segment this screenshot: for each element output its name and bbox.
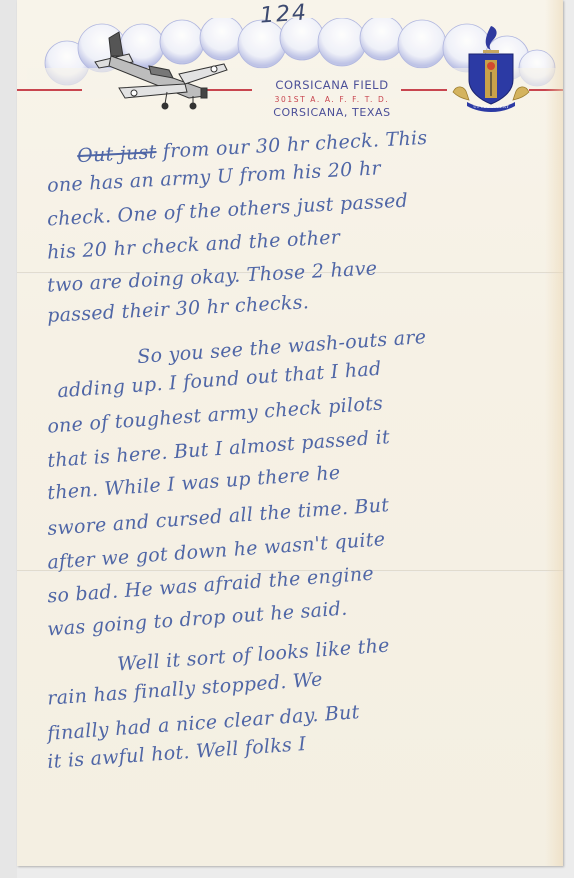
letterhead-rule — [401, 89, 447, 91]
letter-line: So you see the wash-outs are — [137, 326, 427, 368]
airplane-icon — [89, 26, 229, 110]
letter-line: finally had a nice clear day. But — [47, 701, 361, 745]
crest-icon: UT VIRI VOLENT — [445, 22, 535, 112]
letter-page: 124 CORSICANA FIELD — [17, 0, 563, 866]
letterhead-location: CORSICANA, TEXAS — [257, 106, 407, 119]
scan-background — [0, 0, 17, 878]
letter-line: Well it sort of looks like the — [117, 635, 391, 676]
letter-line: rain has finally stopped. We — [47, 668, 324, 709]
letter-line: two are doing okay. Those 2 have — [47, 257, 378, 296]
letterhead-rule — [17, 89, 82, 91]
letterhead-unit: 301ST A. A. F. F. T. D. — [257, 95, 407, 104]
struck-text: Out just — [77, 141, 157, 167]
letter-line: check. One of the others just passed — [47, 190, 409, 231]
letter-line: his 20 hr check and the other — [47, 226, 341, 263]
svg-text:UT VIRI VOLENT: UT VIRI VOLENT — [473, 104, 509, 109]
page-number: 124 — [259, 0, 309, 28]
letterhead-title: CORSICANA FIELD — [257, 78, 407, 92]
letter-line: passed their 30 hr checks. — [47, 291, 310, 327]
